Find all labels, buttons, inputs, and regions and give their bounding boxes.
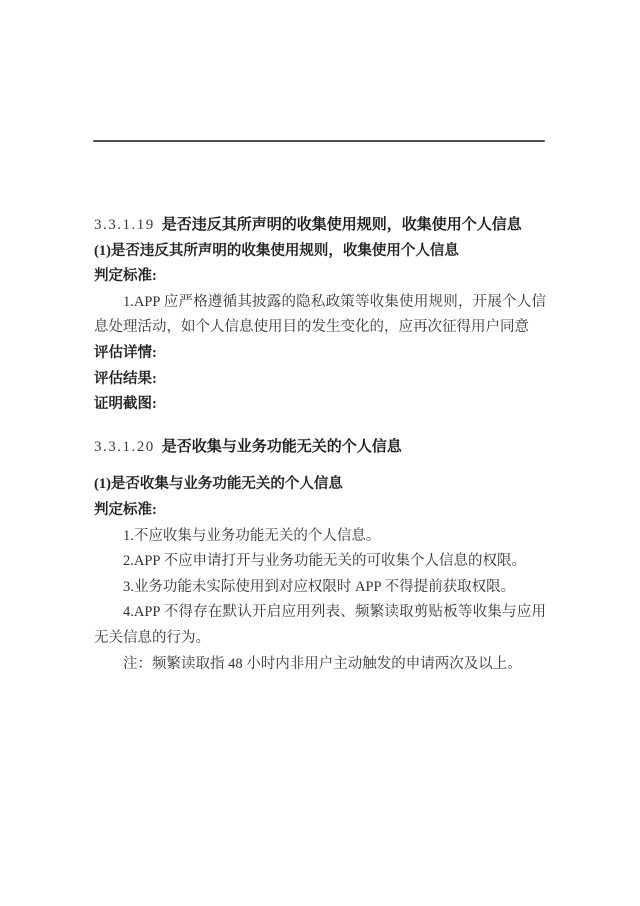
note-line: 注：频繁读取指 48 小时内非用户主动触发的申请两次及以上。 xyxy=(94,652,546,678)
criteria-item-3: 3.业务功能未实际使用到对应权限时 APP 不得提前获取权限。 xyxy=(94,575,546,601)
detail-label: 评估详情: xyxy=(94,341,546,367)
section-heading-3-3-1-20: 3.3.1.20是否收集与业务功能无关的个人信息 xyxy=(94,435,546,461)
section-heading-3-3-1-19: 3.3.1.19是否违反其所声明的收集使用规则，收集使用个人信息 xyxy=(94,213,546,239)
header-rule-divider xyxy=(93,140,545,142)
criteria-paragraph: 1.APP 应严格遵循其披露的隐私政策等收集使用规则，开展个人信息处理活动，如个… xyxy=(94,290,546,341)
section-title: 是否违反其所声明的收集使用规则，收集使用个人信息 xyxy=(162,217,522,233)
section-number: 3.3.1.19 xyxy=(94,217,155,233)
result-label: 评估结果: xyxy=(94,367,546,393)
screenshot-label: 证明截图: xyxy=(94,392,546,418)
criteria-item-4: 4.APP 不得存在默认开启应用列表、频繁读取剪贴板等收集与应用无关信息的行为。 xyxy=(94,600,546,651)
criteria-label: 判定标准: xyxy=(94,498,546,524)
section-number: 3.3.1.20 xyxy=(94,439,155,455)
criteria-item-1: 1.不应收集与业务功能无关的个人信息。 xyxy=(94,524,546,550)
criteria-item-2: 2.APP 不应申请打开与业务功能无关的可收集个人信息的权限。 xyxy=(94,549,546,575)
document-page: 3.3.1.19是否违反其所声明的收集使用规则，收集使用个人信息 (1)是否违反… xyxy=(0,0,640,906)
criteria-label: 判定标准: xyxy=(94,264,546,290)
item-heading: (1)是否违反其所声明的收集使用规则，收集使用个人信息 xyxy=(94,239,546,265)
item-heading: (1)是否收集与业务功能无关的个人信息 xyxy=(94,472,546,498)
page-content: 3.3.1.19是否违反其所声明的收集使用规则，收集使用个人信息 (1)是否违反… xyxy=(94,213,546,677)
section-title: 是否收集与业务功能无关的个人信息 xyxy=(162,439,402,455)
